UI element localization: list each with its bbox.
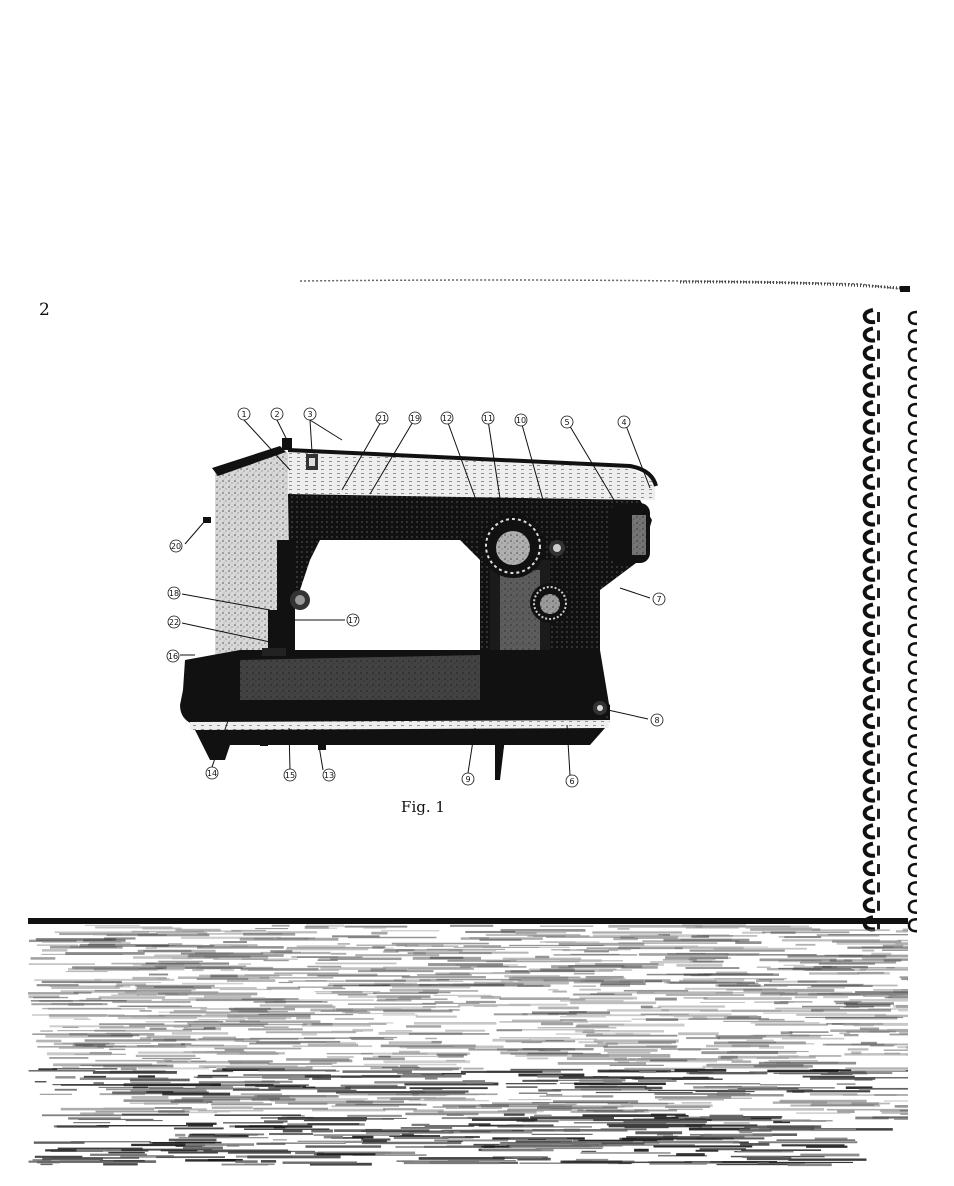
callout-1: 1 bbox=[241, 410, 246, 419]
callout-15: 15 bbox=[285, 771, 295, 780]
callout-17: 17 bbox=[348, 616, 358, 625]
figure-caption: Fig. 1 bbox=[0, 798, 954, 816]
callout-3: 3 bbox=[307, 410, 312, 419]
scan-noise-region bbox=[28, 918, 908, 1168]
callout-19: 19 bbox=[410, 414, 420, 423]
callout-22: 22 bbox=[169, 618, 179, 627]
callout-21: 21 bbox=[377, 414, 387, 423]
callout-8: 8 bbox=[654, 716, 659, 725]
callout-18: 18 bbox=[169, 589, 179, 598]
figure-caption-text: Fig. 1 bbox=[401, 798, 445, 816]
callout-14: 14 bbox=[207, 769, 217, 778]
callout-10: 10 bbox=[516, 416, 526, 425]
callout-9: 9 bbox=[465, 775, 470, 784]
callout-16: 16 bbox=[168, 652, 178, 661]
callout-20: 20 bbox=[171, 542, 181, 551]
callout-11: 11 bbox=[483, 414, 493, 423]
callout-13: 13 bbox=[324, 771, 334, 780]
callout-5: 5 bbox=[564, 418, 569, 427]
callout-12: 12 bbox=[442, 414, 452, 423]
spiral-binding bbox=[855, 298, 925, 938]
callout-2: 2 bbox=[274, 410, 279, 419]
callout-6: 6 bbox=[569, 777, 574, 786]
callout-4: 4 bbox=[621, 418, 626, 427]
callout-7: 7 bbox=[656, 595, 661, 604]
